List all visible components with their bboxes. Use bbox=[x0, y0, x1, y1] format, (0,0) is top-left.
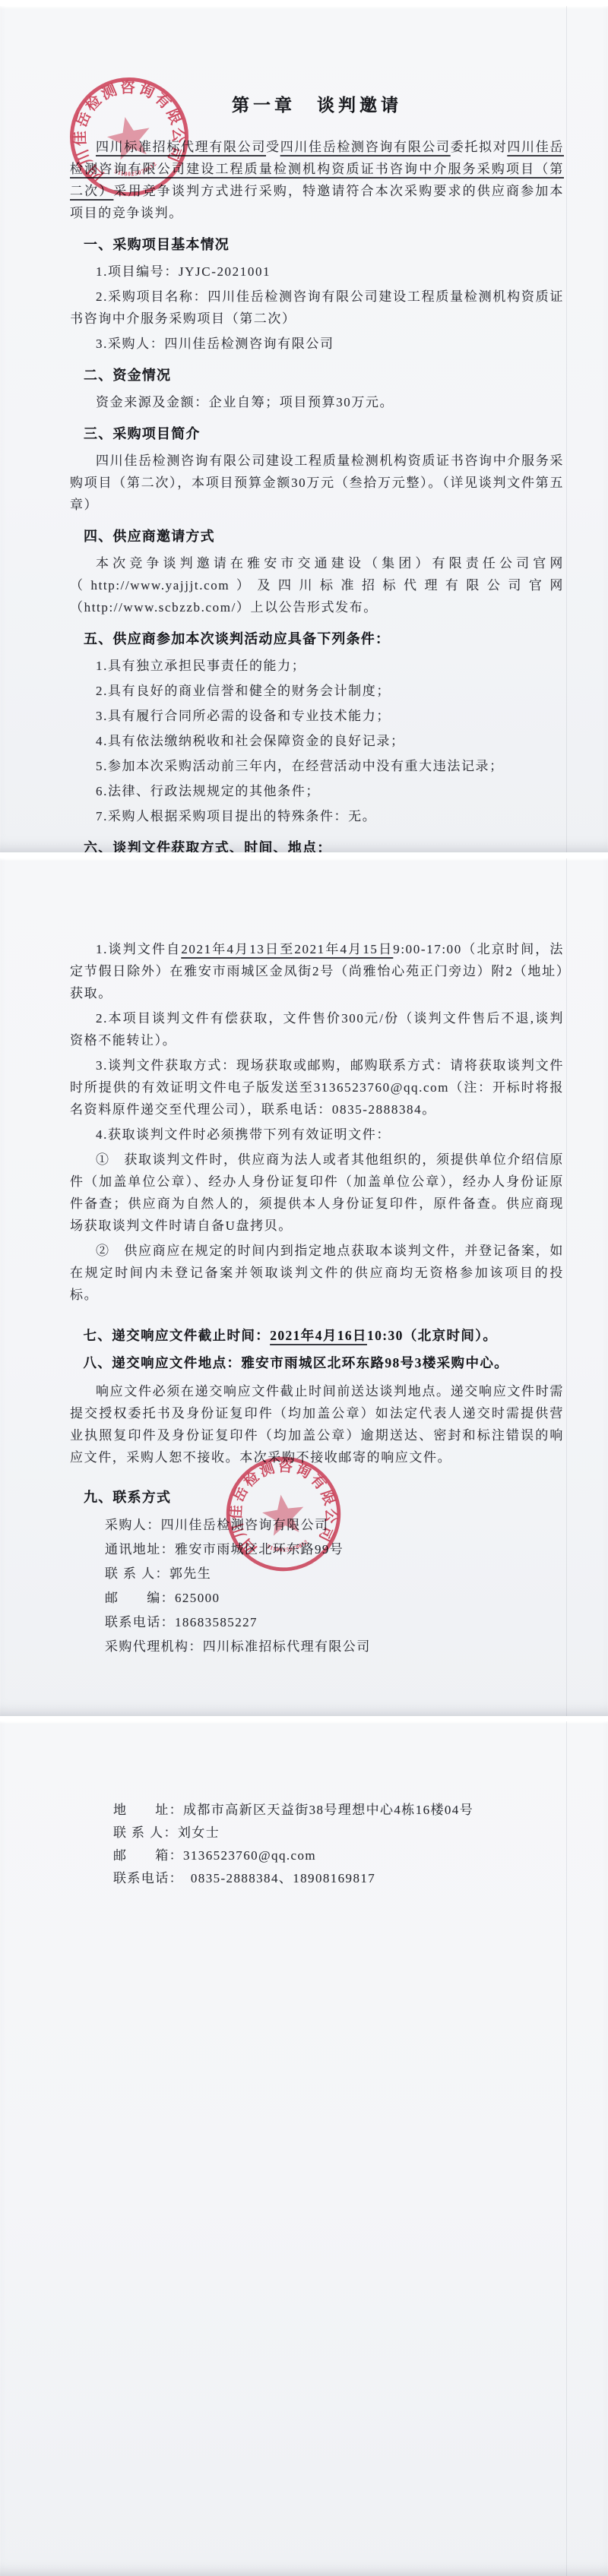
intro-tail: 采用竞争谈判方式进行采购，特邀请符合本次采购要求的供应商参加本项目的竞争谈判。 bbox=[70, 184, 564, 220]
deadline-date: 2021年4月16日 bbox=[270, 1328, 367, 1343]
contact-address: 通讯地址：雅安市雨城区北环东路99号 bbox=[105, 1538, 564, 1562]
section-5-heading: 五、供应商参加本次谈判活动应具备下列条件： bbox=[84, 628, 564, 648]
intro-connector-1: 受 bbox=[266, 140, 280, 154]
scanned-procurement-document: { "stamp": { "company": "四川佳岳检测咨询有限公司", … bbox=[0, 0, 608, 2576]
section-4-heading: 四、供应商邀请方式 bbox=[84, 526, 564, 545]
supplier-condition-3: 3.具有履行合同所必需的设备和专业技术能力； bbox=[70, 705, 564, 727]
supplier-condition-7: 7.采购人根据采购项目提出的特殊条件：无。 bbox=[70, 805, 564, 827]
project-brief: 四川佳岳检测咨询有限公司建设工程质量检测机构资质证书咨询中介服务采购项目（第二次… bbox=[70, 450, 564, 516]
doc-obtain-sub-2: ② 供应商应在规定的时间内到指定地点获取本谈判文件，并登记备案，如在规定时间内未… bbox=[70, 1240, 564, 1306]
doc-obtain-sub-1: ① 获取谈判文件时，供应商为法人或者其他组织的，须提供单位介绍信原件（加盖单位公… bbox=[70, 1149, 564, 1237]
supplier-condition-6: 6.法律、行政法规规定的其他条件； bbox=[70, 780, 564, 802]
obtain-date-range: 2021年4月13日至2021年4月15日 bbox=[181, 942, 393, 956]
supplier-condition-5: 5.参加本次采购活动前三年内，在经营活动中没有重大违法记录； bbox=[70, 755, 564, 777]
supplier-condition-1: 1.具有独立承担民事责任的能力； bbox=[70, 655, 564, 677]
agency-contact-person: 联 系 人：刘女士 bbox=[113, 1822, 564, 1844]
intro-paragraph: 四川标准招标代理有限公司受四川佳岳检测咨询有限公司委托拟对四川佳岳检测咨询有限公… bbox=[70, 136, 564, 224]
item1-lead: 1.谈判文件自 bbox=[96, 942, 181, 956]
agency-name: 四川标准招标代理有限公司 bbox=[96, 140, 266, 154]
project-number: 1.项目编号：JYJC-2021001 bbox=[70, 261, 564, 283]
contact-agency: 采购代理机构：四川标准招标代理有限公司 bbox=[105, 1635, 564, 1659]
deadline-tail: 10:30（北京时间）。 bbox=[367, 1328, 497, 1343]
supplier-condition-4: 4.具有依法缴纳税收和社会保障资金的良好记录； bbox=[70, 730, 564, 752]
purchaser-name: 四川佳岳检测咨询有限公司 bbox=[280, 140, 451, 154]
supplier-condition-2: 2.具有良好的商业信誉和健全的财务会计制度； bbox=[70, 680, 564, 702]
chapter-title: 第一章 谈判邀请 bbox=[70, 91, 564, 116]
contact-phone: 联系电话：18683585227 bbox=[105, 1610, 564, 1635]
deadline-lead: 七、递交响应文件截止时间： bbox=[84, 1328, 271, 1343]
section-6-heading: 六、谈判文件获取方式、时间、地点： bbox=[84, 837, 564, 852]
agency-phone: 联系电话： 0835-2888384、18908169817 bbox=[113, 1867, 564, 1890]
section-1-heading: 一、采购项目基本情况 bbox=[84, 234, 564, 254]
section-3-heading: 三、采购项目简介 bbox=[84, 423, 564, 443]
page-1-content: 第一章 谈判邀请 四川标准招标代理有限公司受四川佳岳检测咨询有限公司委托拟对四川… bbox=[0, 6, 608, 852]
section-7-heading: 七、递交响应文件截止时间：2021年4月16日10:30（北京时间）。 bbox=[70, 1324, 564, 1347]
project-name-item: 2.采购项目名称：四川佳岳检测咨询有限公司建设工程质量检测机构资质证书咨询中介服… bbox=[70, 286, 564, 330]
page-1: 四川佳岳检测咨询有限公司 5118025079812 第一章 谈判邀请 四川标准… bbox=[0, 6, 608, 852]
agency-email: 邮 箱：3136523760@qq.com bbox=[113, 1844, 564, 1867]
page-3-content: 地 址：成都市高新区天益街38号理想中心4栋16楼04号 联 系 人：刘女士 邮… bbox=[0, 1721, 608, 1890]
invitation-method: 本次竞争谈判邀请在雅安市交通建设（集团）有限责任公司官网（http://www.… bbox=[70, 552, 564, 618]
contact-postcode: 邮 编：625000 bbox=[105, 1586, 564, 1610]
doc-obtain-item-1: 1.谈判文件自2021年4月13日至2021年4月15日9:00-17:00（北… bbox=[70, 938, 564, 1004]
agency-address: 地 址：成都市高新区天益街38号理想中心4栋16楼04号 bbox=[113, 1799, 564, 1822]
doc-obtain-item-4: 4.获取谈判文件时必须携带下列有效证明文件： bbox=[70, 1124, 564, 1146]
section-8-heading: 八、递交响应文件地点：雅安市雨城区北环东路98号3楼采购中心。 bbox=[70, 1351, 564, 1374]
page-2: 四川佳岳检测咨询有限公司 5118025079812 1.谈判文件自2021年4… bbox=[0, 858, 608, 1716]
submission-note: 响应文件必须在递交响应文件截止时间前送达谈判地点。递交响应文件时需提交授权委托书… bbox=[70, 1380, 564, 1468]
page-2-content: 1.谈判文件自2021年4月13日至2021年4月15日9:00-17:00（北… bbox=[0, 858, 608, 1659]
section-2-heading: 二、资金情况 bbox=[84, 365, 564, 384]
contact-person: 联 系 人：郭先生 bbox=[105, 1562, 564, 1586]
intro-connector-2: 委托拟对 bbox=[451, 140, 508, 154]
doc-obtain-item-3: 3.谈判文件获取方式：现场获取或邮购，邮购联系方式：请将获取谈判文件时所提供的有… bbox=[70, 1054, 564, 1120]
funding-info: 资金来源及金额：企业自筹；项目预算30万元。 bbox=[70, 391, 564, 413]
contact-purchaser: 采购人：四川佳岳检测咨询有限公司 bbox=[105, 1513, 564, 1538]
section-9-heading: 九、联系方式 bbox=[84, 1487, 564, 1506]
purchaser-item: 3.采购人：四川佳岳检测咨询有限公司 bbox=[70, 333, 564, 355]
doc-obtain-item-2: 2.本项目谈判文件有偿获取，文件售价300元/份（谈判文件售后不退,谈判资格不能… bbox=[70, 1007, 564, 1051]
page-3: 地 址：成都市高新区天益街38号理想中心4栋16楼04号 联 系 人：刘女士 邮… bbox=[0, 1721, 608, 2576]
